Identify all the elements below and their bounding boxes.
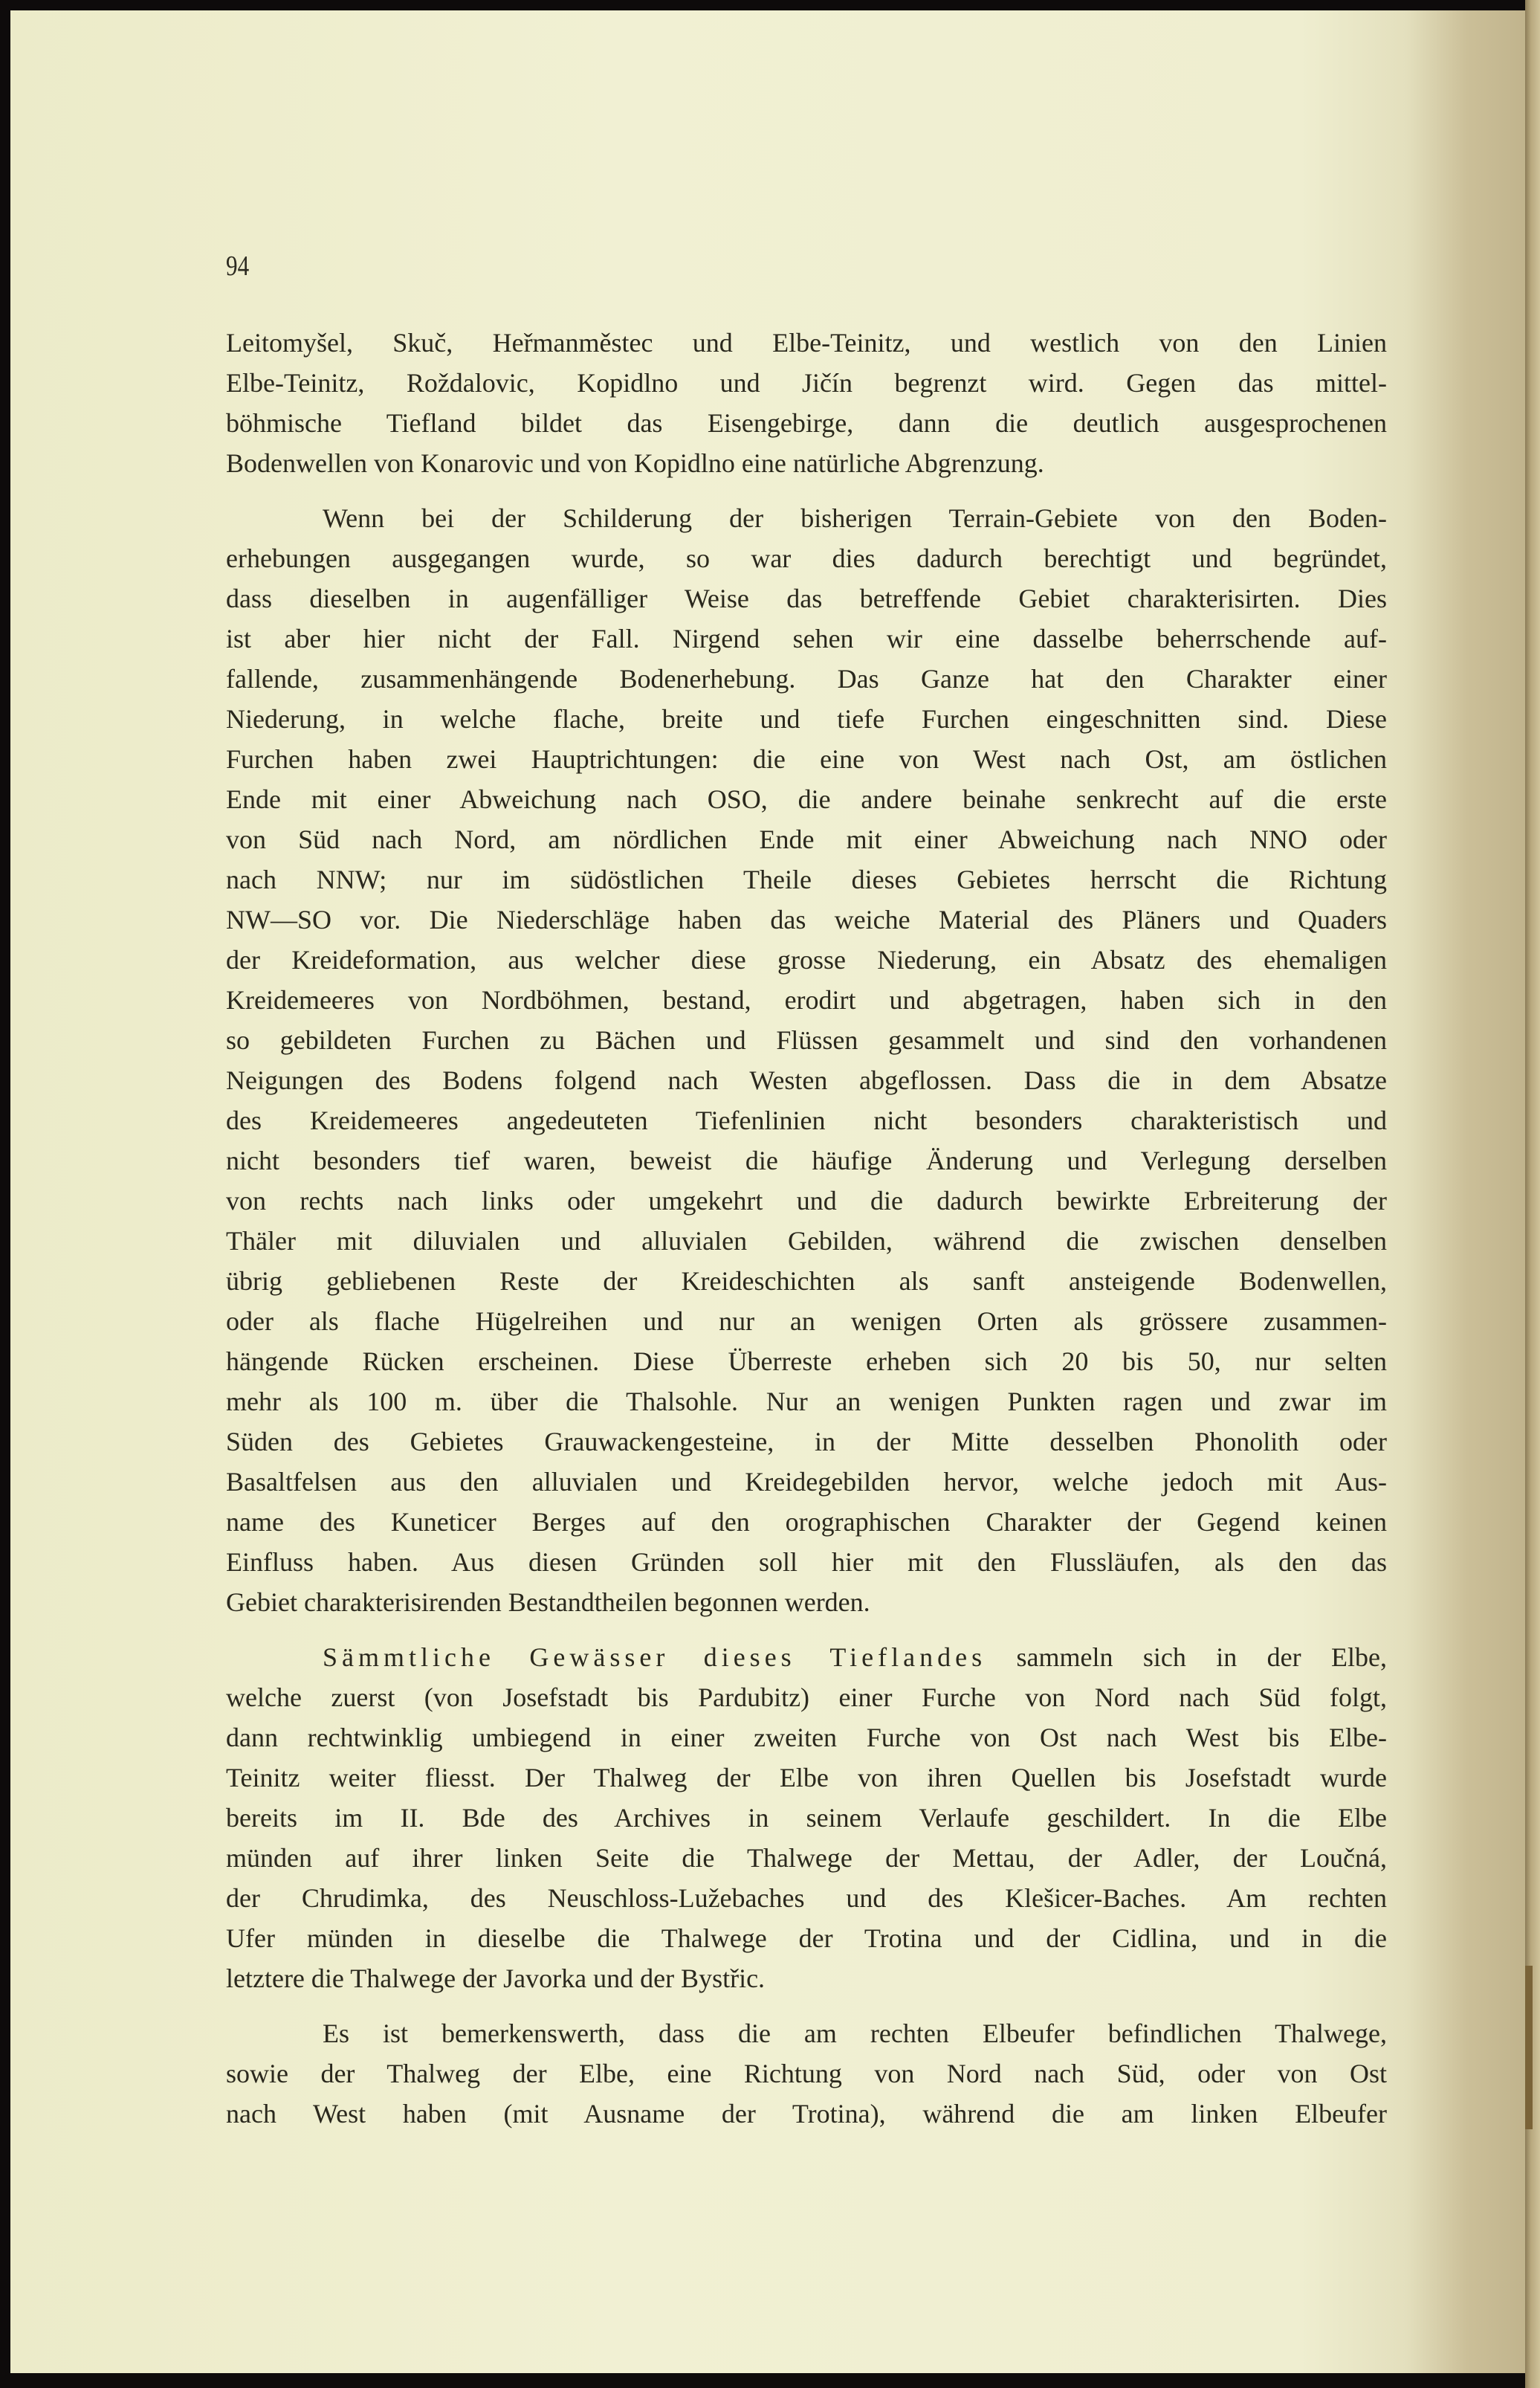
text-line: NW—SO vor. Die Niederschläge haben das w… [226, 900, 1387, 940]
text-line: Gebiet charakterisirenden Bestandtheilen… [226, 1582, 1387, 1622]
text-line: nach West haben (mit Ausname der Trotina… [226, 2094, 1387, 2134]
text-line: übrig gebliebenen Reste der Kreideschich… [226, 1261, 1387, 1301]
paragraph-3: Sämmtliche Gewässer dieses Tieflandes sa… [226, 1637, 1387, 1998]
text-line: name des Kuneticer Berges auf den orogra… [226, 1502, 1387, 1542]
spaced-emphasis: Sämmtliche Gewässer dieses Tieflandes [323, 1642, 986, 1672]
paragraph-2: Wenn bei der Schilderung der bisherigen … [226, 498, 1387, 1622]
text-line: hängende Rücken erscheinen. Diese Überre… [226, 1341, 1387, 1381]
text-line: Thäler mit diluvialen und alluvialen Geb… [226, 1221, 1387, 1261]
paragraph-gap [226, 1998, 1387, 2013]
text-line: Elbe-Teinitz, Roždalovic, Kopidlno und J… [226, 363, 1387, 403]
body-text: Leitomyšel, Skuč, Heřmanměstec und Elbe-… [226, 323, 1387, 2134]
text-line: Ufer münden in dieselbe die Thalwege der… [226, 1918, 1387, 1958]
text-line: nach NNW; nur im südöstlichen Theile die… [226, 859, 1387, 900]
text-line: Süden des Gebietes Grauwackengesteine, i… [226, 1421, 1387, 1462]
text-line: fallende, zusammenhängende Bodenerhebung… [226, 659, 1387, 699]
text-line: Kreidemeeres von Nordböhmen, bestand, er… [226, 980, 1387, 1020]
text-line: münden auf ihrer linken Seite die Thalwe… [226, 1838, 1387, 1878]
text-line: sowie der Thalweg der Elbe, eine Richtun… [226, 2053, 1387, 2094]
text-line: erhebungen ausgegangen wurde, so war die… [226, 538, 1387, 578]
text-line: dass dieselben in augenfälliger Weise da… [226, 578, 1387, 619]
text-line: Teinitz weiter fliesst. Der Thalweg der … [226, 1758, 1387, 1798]
text-line: so gebildeten Furchen zu Bächen und Flüs… [226, 1020, 1387, 1060]
text-line: welche zuerst (von Josefstadt bis Pardub… [226, 1677, 1387, 1717]
spine-mark [1525, 1966, 1533, 2129]
text-line: Basaltfelsen aus den alluvialen und Krei… [226, 1462, 1387, 1502]
paragraph-4: Es ist bemerkenswerth, dass die am recht… [226, 2013, 1387, 2134]
text-line: dann rechtwinklig umbiegend in einer zwe… [226, 1717, 1387, 1758]
text-line: bereits im II. Bde des Archives in seine… [226, 1798, 1387, 1838]
text-line: nicht besonders tief waren, beweist die … [226, 1140, 1387, 1181]
text-line: Es ist bemerkenswerth, dass die am recht… [226, 2013, 1387, 2053]
text-line: mehr als 100 m. über die Thalsohle. Nur … [226, 1381, 1387, 1421]
text-line: Furchen haben zwei Hauptrichtungen: die … [226, 739, 1387, 779]
text-line: Leitomyšel, Skuč, Heřmanměstec und Elbe-… [226, 323, 1387, 363]
text-line: böhmische Tiefland bildet das Eisengebir… [226, 403, 1387, 443]
text-line: Neigungen des Bodens folgend nach Westen… [226, 1060, 1387, 1100]
text-line: der Kreideformation, aus welcher diese g… [226, 940, 1387, 980]
text-line: Bodenwellen von Konarovic und von Kopidl… [226, 443, 1387, 483]
text-line: letztere die Thalwege der Javorka und de… [226, 1958, 1387, 1998]
text-line: Wenn bei der Schilderung der bisherigen … [226, 498, 1387, 538]
text-line: ist aber hier nicht der Fall. Nirgend se… [226, 619, 1387, 659]
text-line: von rechts nach links oder umgekehrt und… [226, 1181, 1387, 1221]
text-line: Niederung, in welche flache, breite und … [226, 699, 1387, 739]
text-line: von Süd nach Nord, am nördlichen Ende mi… [226, 819, 1387, 859]
scanned-book-page: 94 Leitomyšel, Skuč, Heřmanměstec und El… [10, 10, 1528, 2373]
text-line: des Kreidemeeres angedeuteten Tiefenlini… [226, 1100, 1387, 1140]
text-line: Sämmtliche Gewässer dieses Tieflandes sa… [226, 1637, 1387, 1677]
text-line: Ende mit einer Abweichung nach OSO, die … [226, 779, 1387, 819]
text-line: oder als flache Hügelreihen und nur an w… [226, 1301, 1387, 1341]
paragraph-1: Leitomyšel, Skuč, Heřmanměstec und Elbe-… [226, 323, 1387, 483]
page-number: 94 [226, 250, 249, 283]
paragraph-gap [226, 483, 1387, 498]
text-line: der Chrudimka, des Neuschloss-Lužebaches… [226, 1878, 1387, 1918]
paragraph-gap [226, 1622, 1387, 1637]
text-fragment: sammeln sich in der Elbe, [986, 1642, 1387, 1672]
text-line: Einfluss haben. Aus diesen Gründen soll … [226, 1542, 1387, 1582]
